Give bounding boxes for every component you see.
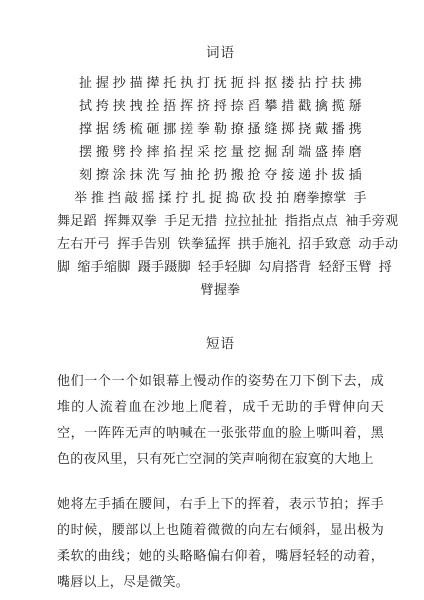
words-section-title: 词语 — [57, 46, 384, 60]
word-line-10: 臂握拳 — [57, 278, 384, 301]
phrase-paragraph-1: 他们一个一个如银幕上慢动作的姿势在刀下倒下去，成堆的人流着血在沙地上爬着，成千无… — [57, 368, 384, 472]
phrase-paragraph-2: 她将左手插在腰间，右手上下的挥着，表示节拍；挥手的时候，腰部以上也随着微微的向左… — [57, 491, 384, 595]
word-line-4: 摆 搬 劈 拎 摔 掐 捏 采 挖 量 挖 掘 刮 端 盛 捧 磨 — [57, 140, 384, 163]
word-line-6: 举 推 挡 敲 摇 揉 拧 扎 捉 捣 砍 投 拍 磨拳擦掌 手 — [57, 186, 384, 209]
word-line-8: 左右开弓 挥手告别 铁拳猛挥 拱手施礼 招手致意 动手动 — [57, 232, 384, 255]
word-line-7: 舞足蹈 挥舞双拳 手足无措 拉拉扯扯 指指点点 袖手旁观 — [57, 209, 384, 232]
word-line-9: 脚 缩手缩脚 蹑手蹑脚 轻手轻脚 勾肩搭背 轻舒玉臂 捋 — [57, 255, 384, 278]
word-line-5: 刻 擦 涂 抹 洗 写 抽 抡 扔 搬 抢 夺 接 递 扑 拔 插 — [57, 163, 384, 186]
words-list: 扯 握 抄 描 撵 托 执 打 抚 扼 抖 抠 搂 拈 拧 扶 拂 拭 挎 挟 … — [57, 71, 384, 301]
phrases-section-title: 短语 — [57, 337, 384, 351]
document-page: 词语 扯 握 抄 描 撵 托 执 打 抚 扼 抖 抠 搂 拈 拧 扶 拂 拭 挎… — [0, 0, 424, 600]
word-line-1: 扯 握 抄 描 撵 托 执 打 抚 扼 抖 抠 搂 拈 拧 扶 拂 — [57, 71, 384, 94]
word-line-3: 撑 据 绣 梳 砸 挪 搓 拳 勒 撩 搔 缝 掷 挠 戴 播 携 — [57, 117, 384, 140]
word-line-2: 拭 挎 挟 拽 拴 捂 挥 挤 捋 捺 舀 攀 措 戳 擒 揽 掰 — [57, 94, 384, 117]
